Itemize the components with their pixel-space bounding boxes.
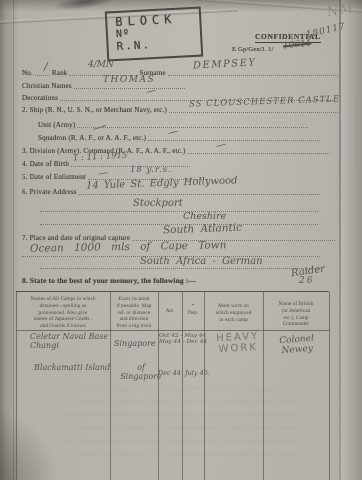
no-value: / <box>44 61 48 73</box>
dotted-leader <box>74 88 185 89</box>
row-division-command: 3. Division (Army). Command (R. A. F., A… <box>22 147 332 155</box>
dotted-leader <box>148 140 320 141</box>
scanned-pow-form-page: BLOCK Nº R.N. NM CONFIDENTIAL 180117 E G… <box>0 0 362 480</box>
rank-label: Rank <box>52 69 68 77</box>
dotted-leader <box>40 268 320 269</box>
unit-label: Unit (Army) <box>38 121 75 129</box>
header-main-work: Main work on which employed in each camp <box>205 303 262 323</box>
dotted-leader <box>40 211 318 212</box>
table-vline <box>182 292 183 480</box>
header-camp-commander: Name of British (or American etc.), Camp… <box>264 301 328 328</box>
table-vline <box>329 292 330 480</box>
capture-line3-value: South Africa - German <box>140 256 263 267</box>
camp1-location: Singapore <box>114 340 156 349</box>
header-departed: * Dep. <box>182 303 204 317</box>
rank-value: 4/MN <box>88 61 114 71</box>
dotted-leader <box>35 75 50 76</box>
dotted-leader <box>77 127 308 128</box>
camp1-name: Celetar Naval Base Changi <box>30 333 108 351</box>
dotted-leader <box>169 112 338 113</box>
row-squadron: Squadron (R. A. F., or A. A. F., etc.) <box>38 134 322 142</box>
section8-label: 8. State to the best of your memory, the… <box>22 277 196 286</box>
row-no-rank-surname: No. Rank Surname <box>22 69 340 77</box>
camp2-name: Blackamatti Island <box>34 364 110 373</box>
date-of-birth-label: 4. Date of Birth <box>22 160 69 168</box>
camp2-location: of Singapore <box>119 364 163 382</box>
dotted-leader <box>168 75 338 76</box>
reference-label: E Gp/Gen/J. 1/ <box>232 46 274 53</box>
header-camps: Names of All Camps in which detained—spe… <box>18 296 108 330</box>
ship-label: 2. Ship (R. N., U. S. N., or Merchant Na… <box>22 106 167 114</box>
row-private-address: 6. Private Address <box>22 188 322 196</box>
address-line3-value: Cheshire <box>183 212 226 222</box>
camps-table: Names of All Camps in which detained—spe… <box>16 291 329 480</box>
no-label: No. <box>22 69 33 77</box>
row-ship: 2. Ship (R. N., U. S. N., or Merchant Na… <box>22 106 340 114</box>
christian-names-value: THOMAS <box>103 76 155 86</box>
private-address-label: 6. Private Address <box>22 188 77 196</box>
camp2-arrived: Dec 44 <box>158 370 181 377</box>
underlying-sheet-edge <box>341 0 362 480</box>
header-arrived: Arr. <box>158 308 182 315</box>
table-vline <box>16 292 17 480</box>
camp1-main-work: HEAVY WORK <box>208 330 267 355</box>
address-line2-value: Stockport <box>133 198 183 209</box>
header-location: Exact location if possible. Map ref. or … <box>111 296 157 330</box>
table-header-underline <box>16 330 329 331</box>
enlistment-value: 18 y.r.s. <box>130 166 172 175</box>
capture-line5-value: 26 <box>299 277 314 287</box>
camp1-dates: Oct 42 - May 44 May 44 - Dec 44 <box>159 333 207 346</box>
table-vline <box>158 292 159 480</box>
enlistment-dash: — <box>97 167 109 180</box>
decorations-label: Decorations <box>22 94 58 102</box>
dotted-leader <box>79 194 320 195</box>
camp2-departed: July 45. <box>185 370 210 377</box>
date-of-enlistment-label: 5. Date of Enlistment <box>22 173 86 181</box>
capture-line2-value: Ocean 1000 mls of Cape Town <box>30 240 227 255</box>
struck-out-reference: 10611 <box>283 40 313 53</box>
squadron-label: Squadron (R. A. F., or A. A. F., etc.) <box>38 134 146 142</box>
christian-names-label: Christian Names <box>22 82 72 90</box>
camp1-commander: Colonel Newey <box>270 334 323 357</box>
block-rn-stamp: BLOCK Nº R.N. <box>105 7 203 62</box>
dotted-leader <box>187 153 330 154</box>
